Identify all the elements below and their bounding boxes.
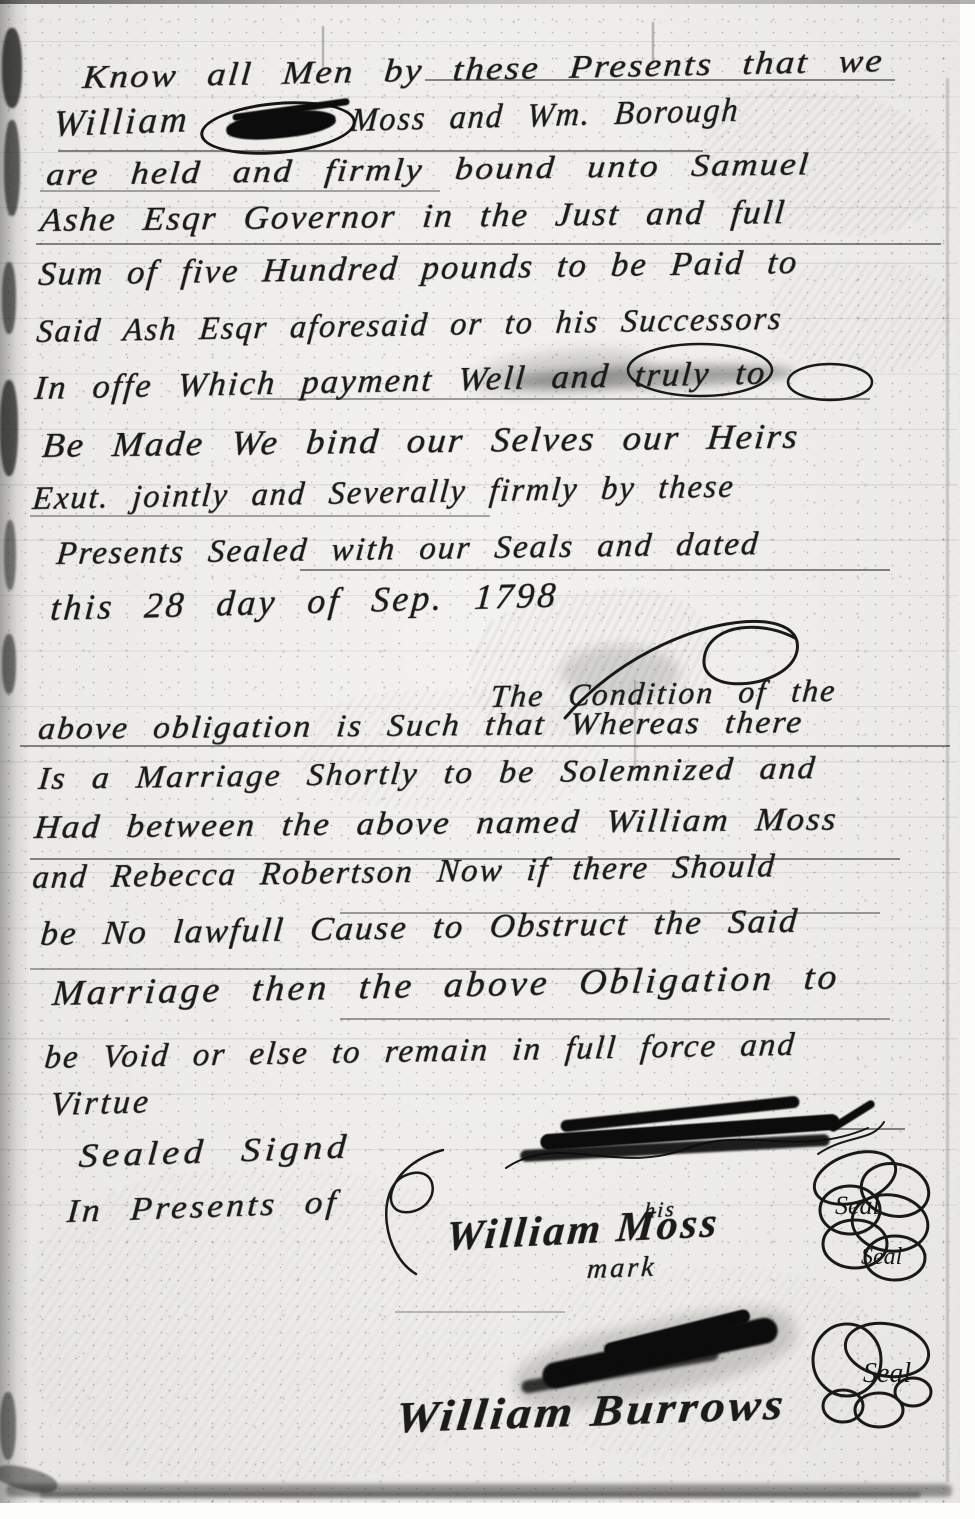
condition-line-9: Virtue [49,1085,152,1122]
body-line-4: Ashe Esqr Governor in the Just and full [39,196,788,238]
left-scan-edge [0,0,30,1503]
seal-word: Seal [835,1191,880,1220]
pen-flourish-presence [358,1142,468,1282]
pen-stroke-line [300,569,890,571]
edge-mark [4,120,20,216]
edge-mark [2,634,16,694]
edge-mark [2,262,16,334]
pen-stroke-line [340,1018,890,1020]
bottom-paper-edge-shadow [40,1492,920,1498]
edge-mark [0,1392,16,1460]
condition-line-4: Had between the above named William Moss [33,804,839,845]
body-line-2-william: William [52,101,191,143]
seal-scribble-burrows: Seal [805,1318,955,1430]
pen-stroke-line [36,243,941,245]
paper-sheet: Know all Men by these Presents that we W… [0,0,960,1503]
edge-mark [4,520,16,590]
pen-stroke-line [395,1311,565,1313]
seal-word: Seal [861,1244,903,1270]
fold-crease [652,22,654,64]
fold-crease [634,680,636,770]
seal-scribble-moss: Seal Seal [795,1148,955,1290]
edge-mark [2,28,22,108]
mark-label: mark [586,1254,657,1285]
body-line-8: Be Made We bind our Selves our Heirs [41,419,801,463]
edge-mark [0,380,18,476]
document-scan: Know all Men by these Presents that we W… [0,0,975,1519]
ink-loops-over-smear [620,340,920,410]
fold-crease [322,26,324,70]
top-scan-edge [0,0,975,4]
seal-word: Seal [863,1358,911,1389]
right-paper-edge [946,78,949,1482]
pen-flourish-after-date [545,596,865,746]
